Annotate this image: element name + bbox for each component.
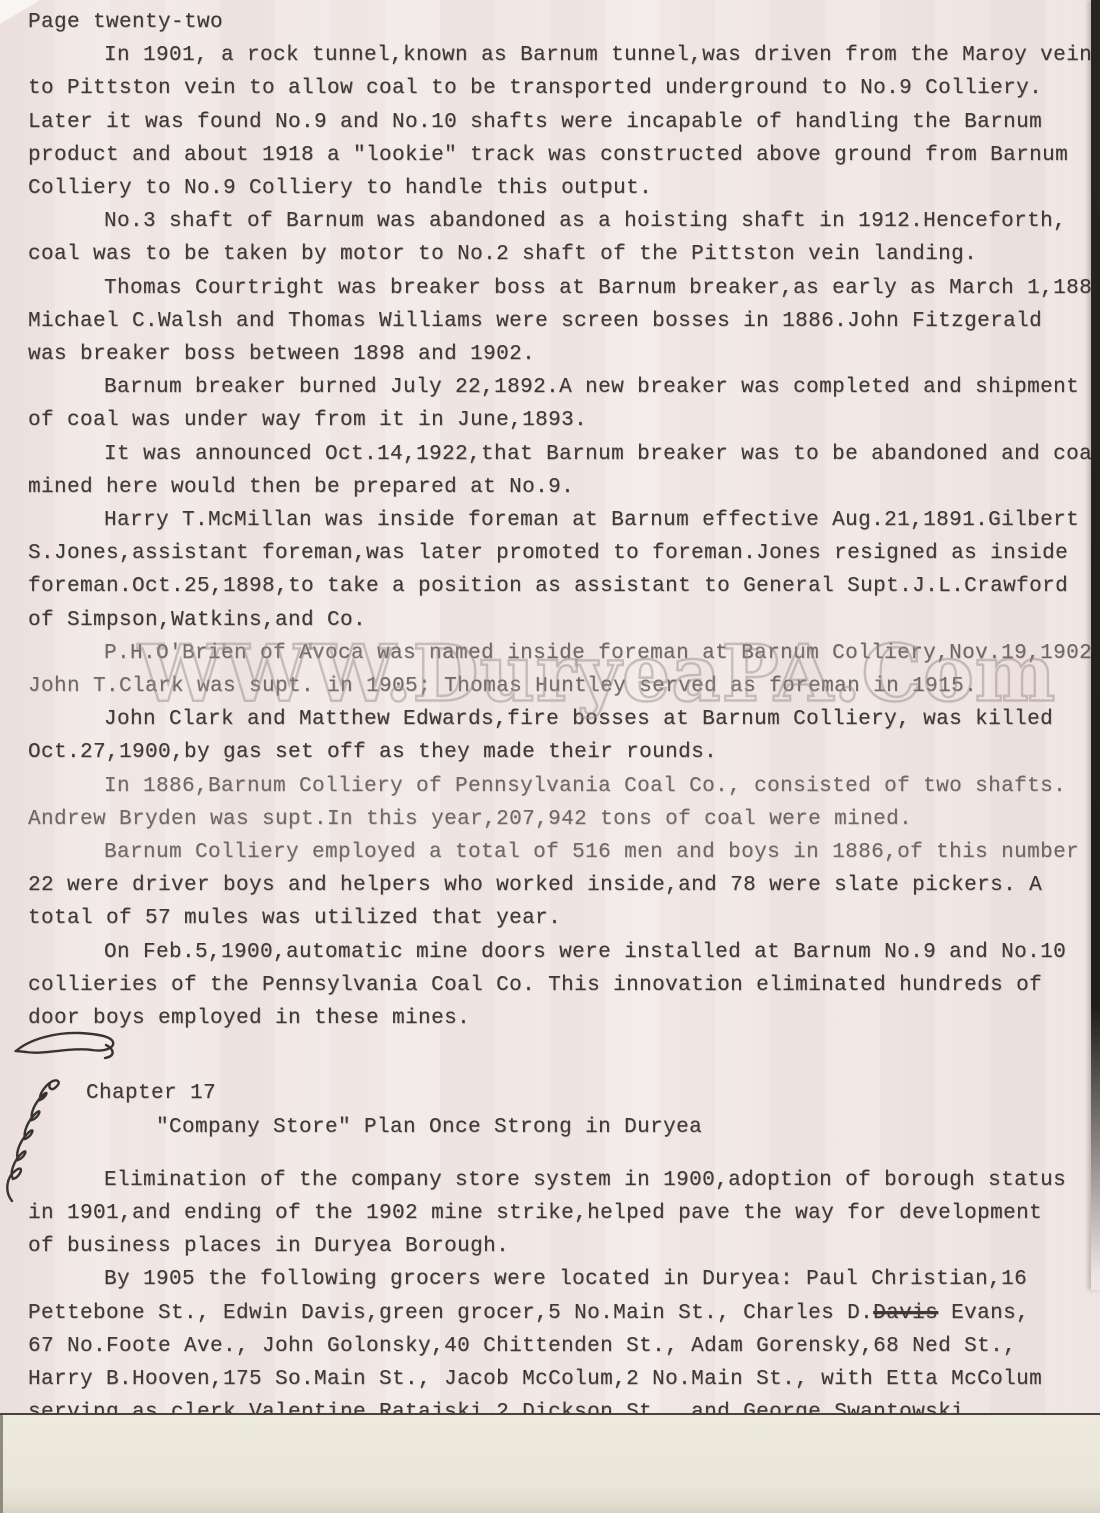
- typed-line: Chapter 17: [28, 1077, 1090, 1110]
- typed-line: P.H.O'Brien of Avoca was named inside fo…: [28, 637, 1090, 670]
- typed-line: "Company Store" Plan Once Strong in Dury…: [28, 1111, 1090, 1144]
- typewritten-text: Page twenty-twoIn 1901, a rock tunnel,kn…: [28, 6, 1090, 1429]
- typed-line: mined here would then be prepared at No.…: [28, 471, 1090, 504]
- scanner-background: [0, 1413, 1100, 1513]
- typed-line: John T.Clark was supt. in 1905; Thomas H…: [28, 670, 1090, 703]
- typed-line: [28, 1035, 1090, 1077]
- typed-line: of Simpson,Watkins,and Co.: [28, 604, 1090, 637]
- typed-line: Andrew Bryden was supt.In this year,207,…: [28, 803, 1090, 836]
- typed-line: to Pittston vein to allow coal to be tra…: [28, 72, 1090, 105]
- typed-line: 67 No.Foote Ave., John Golonsky,40 Chitt…: [28, 1330, 1090, 1363]
- scan-edge-shadow: [1091, 0, 1100, 1290]
- typed-line: Thomas Courtright was breaker boss at Ba…: [28, 272, 1090, 305]
- typed-line: Pettebone St., Edwin Davis,green grocer,…: [28, 1297, 1090, 1330]
- typed-line: collieries of the Pennsylvania Coal Co. …: [28, 969, 1090, 1002]
- typed-line: product and about 1918 a "lookie" track …: [28, 139, 1090, 172]
- typed-line: of business places in Duryea Borough.: [28, 1230, 1090, 1263]
- typed-line: in 1901,and ending of the 1902 mine stri…: [28, 1197, 1090, 1230]
- typed-line: of coal was under way from it in June,18…: [28, 404, 1090, 437]
- typed-line: Elimination of the company store system …: [28, 1164, 1090, 1197]
- typed-line: No.3 shaft of Barnum was abandoned as a …: [28, 205, 1090, 238]
- scribble-word: [7, 1080, 58, 1201]
- typed-line: door boys employed in these mines.: [28, 1002, 1090, 1035]
- typed-line: Harry T.McMillan was inside foreman at B…: [28, 504, 1090, 537]
- typed-line: On Feb.5,1900,automatic mine doors were …: [28, 936, 1090, 969]
- document-page: Page twenty-twoIn 1901, a rock tunnel,kn…: [0, 0, 1100, 1413]
- scribble-flourish: [16, 1033, 114, 1053]
- typed-line: Michael C.Walsh and Thomas Williams were…: [28, 305, 1090, 338]
- handwritten-scribble: [0, 1025, 140, 1225]
- typed-line: was breaker boss between 1898 and 1902.: [28, 338, 1090, 371]
- typed-line: Page twenty-two: [28, 6, 1090, 39]
- typed-line: Harry B.Hooven,175 So.Main St., Jacob Mc…: [28, 1363, 1090, 1396]
- scanner-left-edge-line: [0, 1415, 3, 1513]
- typed-line: total of 57 mules was utilized that year…: [28, 902, 1090, 935]
- typed-line: coal was to be taken by motor to No.2 sh…: [28, 238, 1090, 271]
- typed-text-segment: Pettebone St., Edwin Davis,green grocer,…: [28, 1302, 873, 1325]
- typed-line: In 1901, a rock tunnel,known as Barnum t…: [28, 39, 1090, 72]
- typed-line: It was announced Oct.14,1922,that Barnum…: [28, 438, 1090, 471]
- typed-line: John Clark and Matthew Edwards,fire boss…: [28, 703, 1090, 736]
- typed-line: In 1886,Barnum Colliery of Pennsylvania …: [28, 770, 1090, 803]
- typed-line: Colliery to No.9 Colliery to handle this…: [28, 172, 1090, 205]
- typed-line: Barnum breaker burned July 22,1892.A new…: [28, 371, 1090, 404]
- typed-line: By 1905 the following grocers were locat…: [28, 1263, 1090, 1296]
- scanned-document: Page twenty-twoIn 1901, a rock tunnel,kn…: [0, 0, 1100, 1513]
- typed-line: 22 were driver boys and helpers who work…: [28, 869, 1090, 902]
- typed-line: Oct.27,1900,by gas set off as they made …: [28, 736, 1090, 769]
- typed-text-segment: Evans,: [938, 1302, 1029, 1325]
- typed-line: Later it was found No.9 and No.10 shafts…: [28, 106, 1090, 139]
- struck-text: Davis: [873, 1302, 938, 1325]
- typed-line: foreman.Oct.25,1898,to take a position a…: [28, 570, 1090, 603]
- typed-line: [28, 1144, 1090, 1164]
- typed-line: Barnum Colliery employed a total of 516 …: [28, 836, 1090, 869]
- typed-line: S.Jones,assistant foreman,was later prom…: [28, 537, 1090, 570]
